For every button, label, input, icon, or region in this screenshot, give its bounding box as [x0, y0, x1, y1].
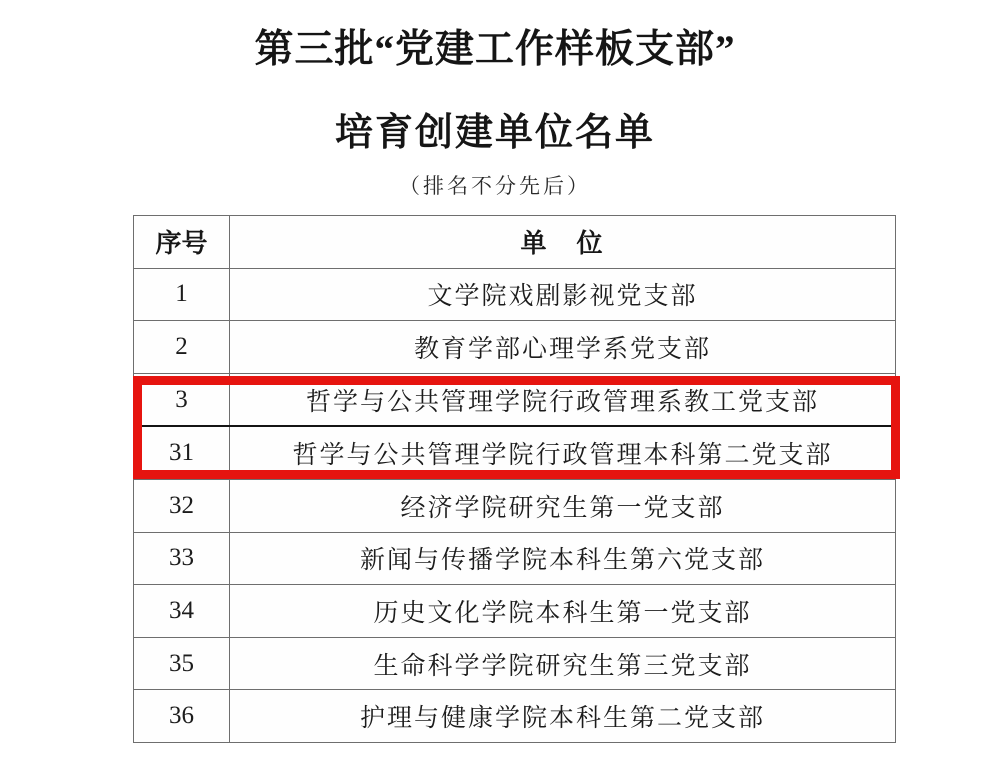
unit-list-table: 序号 单 位 1 文学院戏剧影视党支部 2 教育学部心理学系党支部 3 哲学与公… [133, 215, 896, 743]
document-title-line2: 培育创建单位名单 [0, 101, 990, 156]
table-row: 32 经济学院研究生第一党支部 [134, 479, 895, 532]
row-unit-cell: 文学院戏剧影视党支部 [230, 269, 895, 321]
header-index-cell: 序号 [134, 216, 230, 268]
row-index-cell: 31 [134, 427, 230, 479]
table-row: 36 护理与健康学院本科生第二党支部 [134, 689, 895, 742]
header-unit-cell: 单 位 [230, 216, 895, 268]
row-index-cell: 36 [134, 690, 230, 742]
table-row: 1 文学院戏剧影视党支部 [134, 268, 895, 321]
row-index-cell: 1 [134, 269, 230, 321]
row-unit-cell: 护理与健康学院本科生第二党支部 [230, 690, 895, 742]
table-row-highlighted: 31 哲学与公共管理学院行政管理本科第二党支部 [134, 425, 895, 479]
table-row: 2 教育学部心理学系党支部 [134, 320, 895, 373]
row-unit-cell: 生命科学学院研究生第三党支部 [230, 638, 895, 690]
row-unit-cell: 经济学院研究生第一党支部 [230, 480, 895, 532]
table-row: 33 新闻与传播学院本科生第六党支部 [134, 532, 895, 585]
row-index-cell: 3 [134, 374, 230, 426]
row-index-cell: 34 [134, 585, 230, 637]
row-index-cell: 2 [134, 321, 230, 373]
table-row: 35 生命科学学院研究生第三党支部 [134, 637, 895, 690]
table-row-highlighted: 3 哲学与公共管理学院行政管理系教工党支部 [134, 373, 895, 426]
row-index-cell: 32 [134, 480, 230, 532]
document-page: 第三批“党建工作样板支部” 培育创建单位名单 （排名不分先后） 序号 单 位 1… [0, 0, 990, 777]
table-header-row: 序号 单 位 [134, 216, 895, 268]
row-unit-cell: 教育学部心理学系党支部 [230, 321, 895, 373]
row-index-cell: 33 [134, 533, 230, 585]
row-unit-cell: 哲学与公共管理学院行政管理本科第二党支部 [230, 427, 895, 479]
table-row: 34 历史文化学院本科生第一党支部 [134, 584, 895, 637]
row-unit-cell: 哲学与公共管理学院行政管理系教工党支部 [230, 374, 895, 426]
document-title-line1: 第三批“党建工作样板支部” [0, 18, 990, 74]
row-unit-cell: 新闻与传播学院本科生第六党支部 [230, 533, 895, 585]
row-unit-cell: 历史文化学院本科生第一党支部 [230, 585, 895, 637]
ranking-note: （排名不分先后） [0, 170, 990, 200]
row-index-cell: 35 [134, 638, 230, 690]
